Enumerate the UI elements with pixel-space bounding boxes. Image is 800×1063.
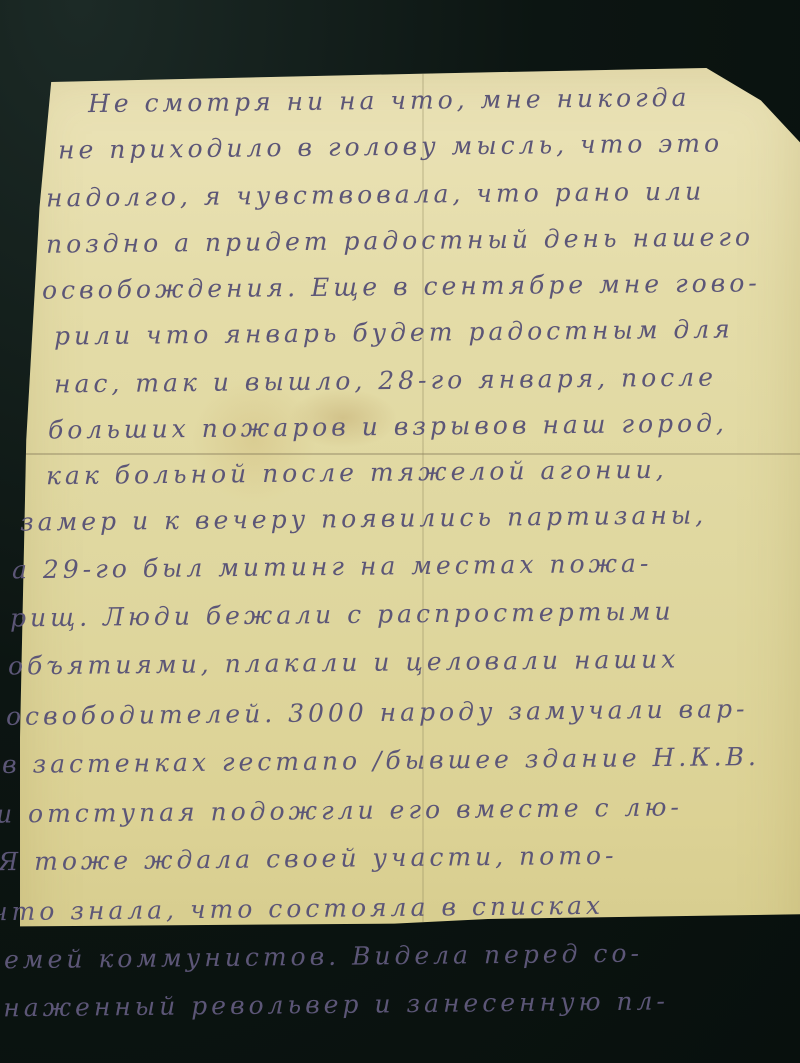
horizontal-fold-crease bbox=[20, 453, 800, 455]
text-line: бнаженный револьвер и занесенную пл- bbox=[0, 986, 669, 1022]
text-line: семей коммунистов. Видела перед со- bbox=[0, 939, 643, 975]
text-line: что знала, что состояла в списках bbox=[0, 891, 604, 926]
